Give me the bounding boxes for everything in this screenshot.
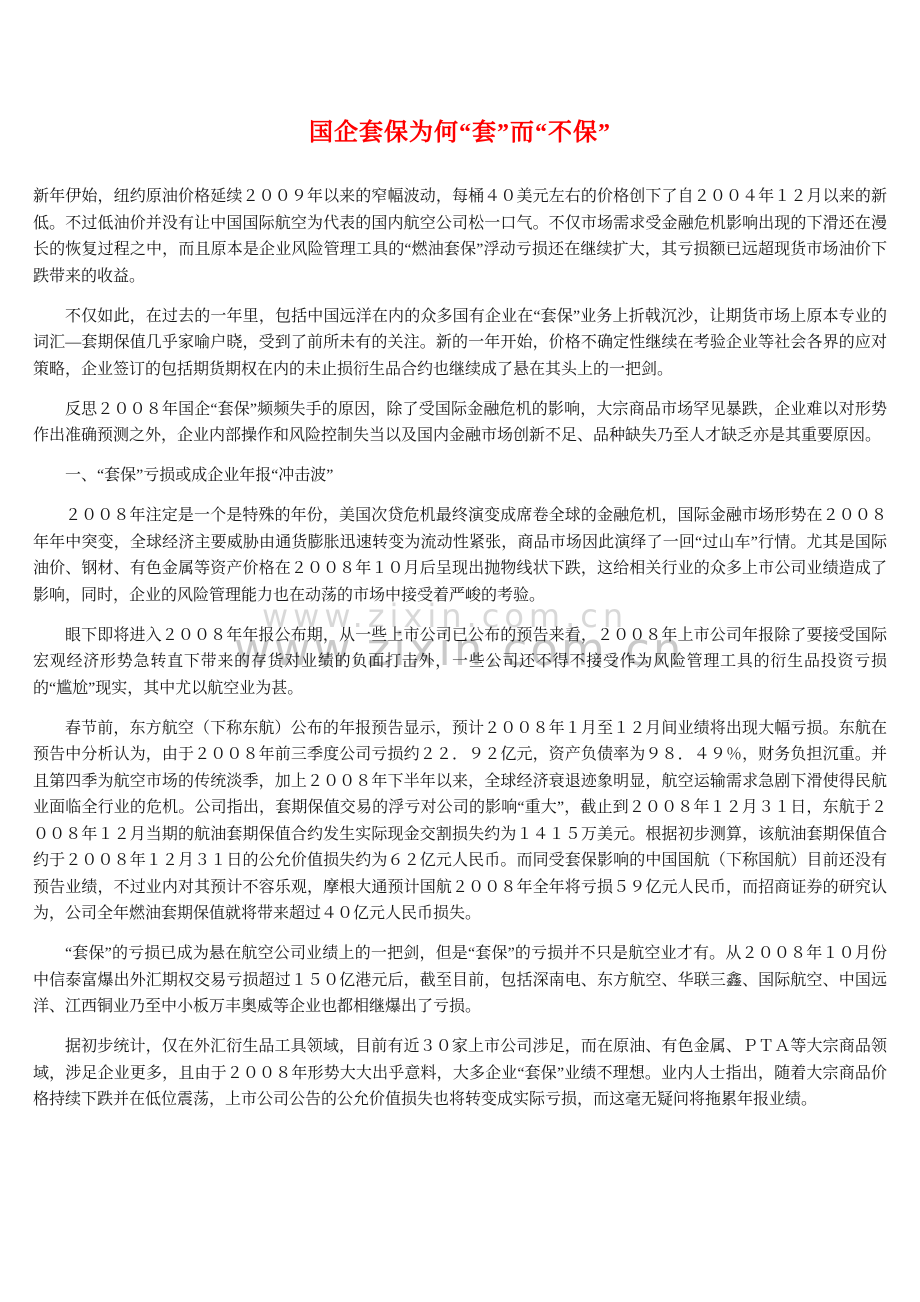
paragraph: “套保”的亏损已成为悬在航空公司业绩上的一把剑，但是“套保”的亏损并不只是航空业… [33,941,887,1021]
document-page: 国企套保为何“套”而“不保” www.zixin.com.cn www.zixi… [0,0,920,1302]
paragraph: 新年伊始，纽约原油价格延续２００９年以来的窄幅波动，每桶４０美元左右的价格创下了… [33,184,887,290]
paragraph: 眼下即将进入２００８年年报公布期，从一些上市公司已公布的预告来看，２００８年上市… [33,623,887,703]
paragraph: 不仅如此，在过去的一年里，包括中国远洋在内的众多国有企业在“套保”业务上折戟沉沙… [33,304,887,384]
paragraph: 春节前，东方航空（下称东航）公布的年报预告显示，预计２００８年１月至１２月间业绩… [33,716,887,928]
article-body: 新年伊始，纽约原油价格延续２００９年以来的窄幅波动，每桶４０美元左右的价格创下了… [33,184,887,1114]
page-title: 国企套保为何“套”而“不保” [33,118,887,148]
section-heading: 一、“套保”亏损或成企业年报“冲击波” [33,463,887,490]
paragraph: 据初步统计，仅在外汇衍生品工具领域，目前有近３０家上市公司涉足，而在原油、有色金… [33,1034,887,1114]
paragraph: ２００８年注定是一个是特殊的年份，美国次贷危机最终演变成席卷全球的金融危机，国际… [33,503,887,609]
paragraph: 反思２００８年国企“套保”频频失手的原因，除了受国际金融危机的影响，大宗商品市场… [33,397,887,450]
